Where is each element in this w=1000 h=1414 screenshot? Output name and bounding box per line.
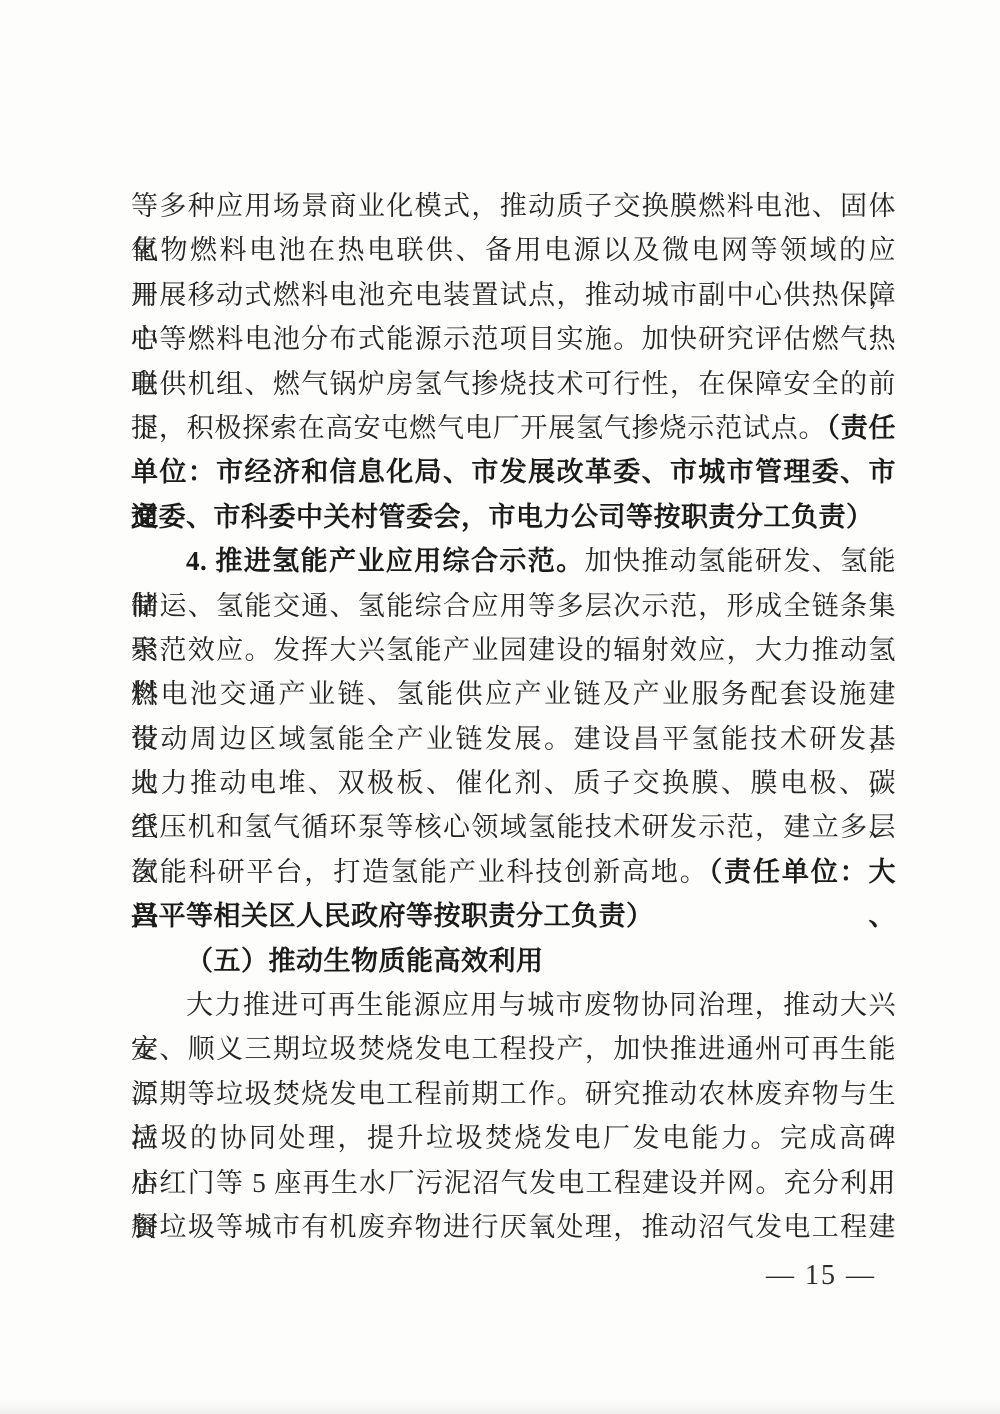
text-line: 单位：市经济和信息化局、市发展改革委、市城市管理委、市交	[131, 450, 896, 494]
document-page: 等多种应用场景商业化模式，推动质子交换膜燃料电池、固体氧化物燃料电池在热电联供、…	[0, 0, 1000, 1414]
text-line: 联供机组、燃气锅炉房氢气掺烧技术可行性，在保障安全的前提	[131, 362, 896, 406]
emphasis-text: （五）推动生物质能高效利用	[186, 946, 544, 976]
document-body: 等多种应用场景商业化模式，推动质子交换膜燃料电池、固体氧化物燃料电池在热电联供、…	[131, 184, 896, 1249]
scan-noise-artifact	[0, 1400, 1000, 1414]
body-text: 氢能科研平台，打造氢能产业科技创新高地。	[131, 857, 709, 887]
body-text: 厨垃圾等城市有机废弃物进行厌氧处理，推动沼气发电工程建	[131, 1212, 896, 1242]
text-line: 化物燃料电池在热电联供、备用电源以及微电网等领域的应用，	[131, 228, 896, 272]
text-line: 大力推进可再生能源应用与城市废物协同治理，推动大兴安	[131, 983, 896, 1027]
text-line: 带动周边区域氢能全产业链发展。建设昌平氢能技术研发基地，	[131, 717, 896, 761]
text-line: 料电池交通产业链、氢能供应产业链及产业服务配套设施建设，	[131, 672, 896, 716]
text-line: 定、顺义三期垃圾焚烧发电工程投产，加快推进通州可再生能源	[131, 1027, 896, 1071]
text-line: 示范效应。发挥大兴氢能产业园建设的辐射效应，大力推动氢燃	[131, 628, 896, 672]
text-line: 开展移动式燃料电池充电装置试点，推动城市副中心供热保障中	[131, 273, 896, 317]
text-line: 下，积极探索在高安屯燃气电厂开展氢气掺烧示范试点。（责任	[131, 406, 896, 450]
text-line: 二期等垃圾焚烧发电工程前期工作。研究推动农林废弃物与生活	[131, 1072, 896, 1116]
text-line: 储运、氢能交通、氢能综合应用等多层次示范，形成全链条集聚	[131, 584, 896, 628]
emphasis-text: 通委、市科委中关村管委会，市电力公司等按职责分工负责）	[131, 502, 874, 532]
text-line: 通委、市科委中关村管委会，市电力公司等按职责分工负责）	[131, 495, 896, 539]
emphasis-text: （责任	[826, 413, 896, 443]
text-line: 心等燃料电池分布式能源示范项目实施。加快研究评估燃气热电	[131, 317, 896, 361]
text-line: 小红门等 5 座再生水厂污泥沼气发电工程建设并网。充分利用餐	[131, 1161, 896, 1205]
text-line: 大力推动电堆、双极板、催化剂、质子交换膜、膜电极、碳纸、	[131, 761, 896, 805]
text-line: （五）推动生物质能高效利用	[131, 939, 896, 983]
emphasis-text: 昌平等相关区人民政府等按职责分工负责）	[131, 901, 654, 931]
text-line: 厨垃圾等城市有机废弃物进行厌氧处理，推动沼气发电工程建	[131, 1205, 896, 1249]
emphasis-text: 4. 推进氢能产业应用综合示范。	[186, 546, 585, 576]
page-number: — 15 —	[766, 1260, 876, 1291]
text-line: 4. 推进氢能产业应用综合示范。加快推动氢能研发、氢能制	[131, 539, 896, 583]
body-text: 下，积极探索在高安屯燃气电厂开展氢气掺烧示范试点。	[131, 413, 826, 443]
text-line: 氢能科研平台，打造氢能产业科技创新高地。（责任单位：大兴、	[131, 850, 896, 894]
text-line: 等多种应用场景商业化模式，推动质子交换膜燃料电池、固体氧	[131, 184, 896, 228]
page-footer: — 15 —	[766, 1256, 876, 1296]
text-line: 垃圾的协同处理，提升垃圾焚烧发电厂发电能力。完成高碑店、	[131, 1116, 896, 1160]
text-line: 空压机和氢气循环泵等核心领域氢能技术研发示范，建立多层次	[131, 805, 896, 849]
